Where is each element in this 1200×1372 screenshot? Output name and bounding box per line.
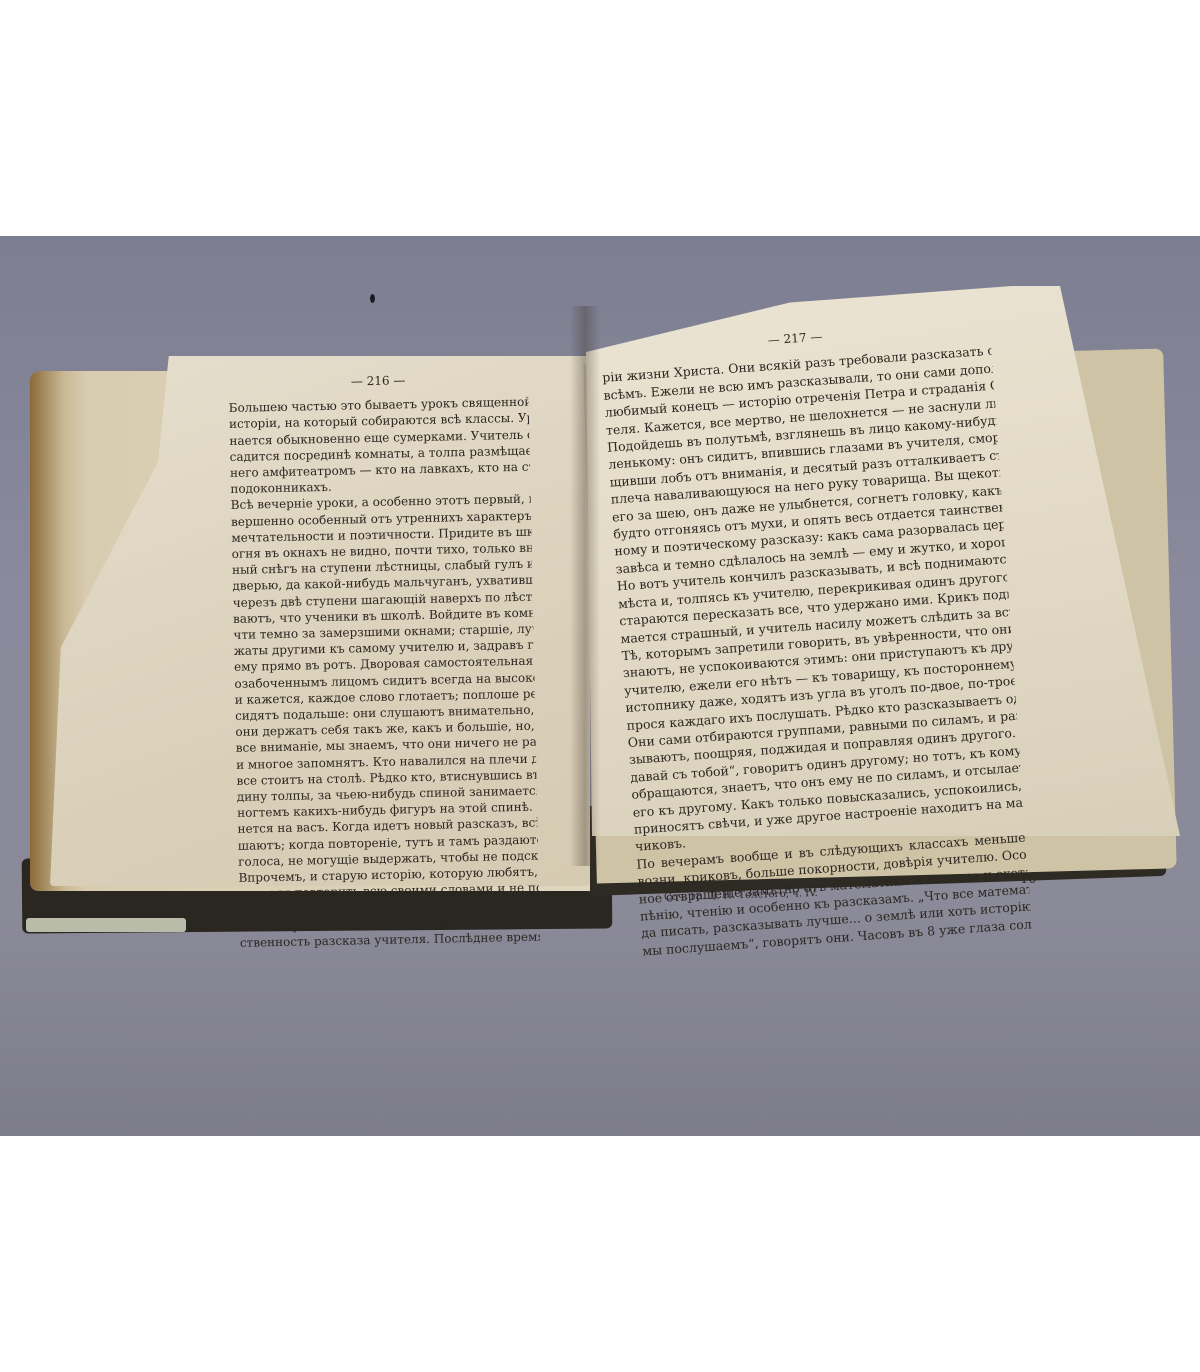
photo-background: — 216 — Большею частью это бываетъ урокъ…	[0, 236, 1200, 1136]
signature-number: 10	[1020, 872, 1037, 887]
left-page-text: — 216 — Большею частью это бываетъ урокъ…	[228, 370, 540, 951]
book-gutter	[570, 306, 600, 866]
book-cover-corner	[26, 918, 186, 932]
right-page-lines: ріи жизни Христа. Они всякій разъ требов…	[602, 342, 1032, 960]
left-page-lines: Большею частью это бываетъ урокъ священн…	[229, 394, 540, 951]
dust-speck	[370, 294, 375, 303]
right-page-text: — 217 — ріи жизни Христа. Они всякій раз…	[600, 317, 1032, 960]
